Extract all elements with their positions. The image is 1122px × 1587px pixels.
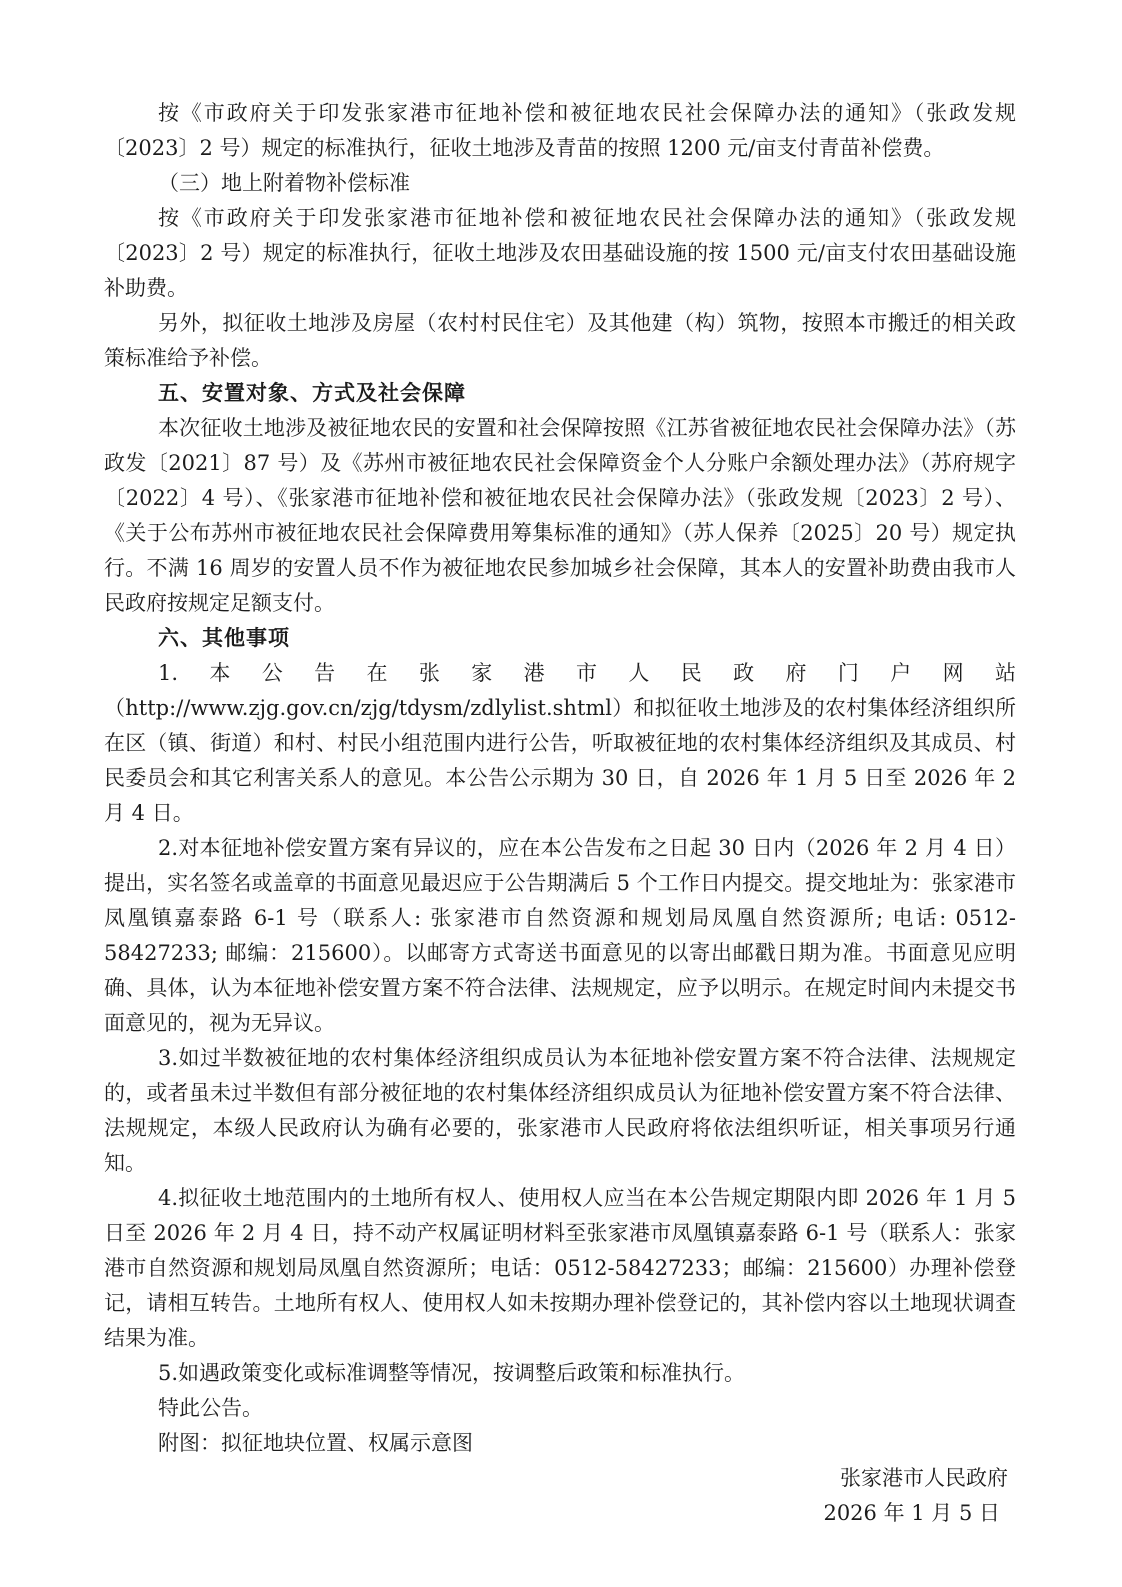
compensation-standard-paragraph-1: 按《市政府关于印发张家港市征地补偿和被征地农民社会保障办法的通知》（张政发规〔2…: [104, 96, 1016, 166]
other-matters-item-2: 2.对本征地补偿安置方案有异议的，应在本公告发布之日起 30 日内（2026 年…: [104, 831, 1016, 1041]
issuer-signature: 张家港市人民政府: [104, 1461, 1016, 1496]
closing-statement: 特此公告。: [104, 1391, 1016, 1426]
attachment-note: 附图：拟征地块位置、权属示意图: [104, 1426, 1016, 1461]
issue-date: 2026 年 1 月 5 日: [104, 1496, 1016, 1531]
section-heading-other-matters: 六、其他事项: [104, 621, 1016, 656]
house-compensation-paragraph: 另外，拟征收土地涉及房屋（农村村民住宅）及其他建（构）筑物，按照本市搬迁的相关政…: [104, 306, 1016, 376]
document-body: 按《市政府关于印发张家港市征地补偿和被征地农民社会保障办法的通知》（张政发规〔2…: [104, 96, 1016, 1531]
document-page: 按《市政府关于印发张家港市征地补偿和被征地农民社会保障办法的通知》（张政发规〔2…: [0, 0, 1122, 1587]
other-matters-item-3: 3.如过半数被征地的农村集体经济组织成员认为本征地补偿安置方案不符合法律、法规规…: [104, 1041, 1016, 1181]
other-matters-item-5: 5.如遇政策变化或标准调整等情况，按调整后政策和标准执行。: [104, 1356, 1016, 1391]
compensation-standard-paragraph-2: 按《市政府关于印发张家港市征地补偿和被征地农民社会保障办法的通知》（张政发规〔2…: [104, 201, 1016, 306]
other-matters-item-4: 4.拟征收土地范围内的土地所有权人、使用权人应当在本公告规定期限内即 2026 …: [104, 1181, 1016, 1356]
resettlement-paragraph: 本次征收土地涉及被征地农民的安置和社会保障按照《江苏省被征地农民社会保障办法》（…: [104, 411, 1016, 621]
other-matters-item-1: 1.本公告在张家港市人民政府门户网站（http://www.zjg.gov.cn…: [104, 656, 1016, 831]
section-heading-resettlement: 五、安置对象、方式及社会保障: [104, 376, 1016, 411]
subsection-heading-ground-attachments: （三）地上附着物补偿标准: [104, 166, 1016, 201]
